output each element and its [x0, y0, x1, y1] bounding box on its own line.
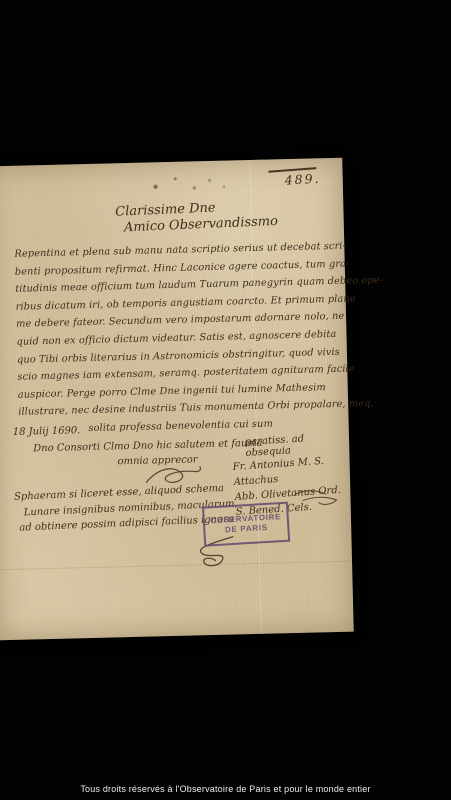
footer-caption: Tous droits réservés à l'Observatoire de…: [0, 784, 451, 794]
photograph-background: 489. Clarissime Dne Amico Observandissmo…: [0, 0, 451, 800]
salutation: Clarissime Dne Amico Observandissmo: [115, 198, 278, 237]
ink-smudge: [144, 168, 235, 200]
archive-stamp: OBSERVATOIRE DE PARIS: [202, 502, 290, 547]
letter-body: Repentina et plena sub manu nata scripti…: [14, 238, 343, 439]
manuscript-page: 489. Clarissime Dne Amico Observandissmo…: [0, 158, 354, 641]
stamp-line-2: DE PARIS: [225, 523, 268, 536]
folio-number: 489.: [284, 171, 321, 188]
paper-crease-horizontal: [0, 560, 352, 570]
closing-left: Dno Consorti Clmo Dno hic salutem et fau…: [33, 436, 263, 472]
date-line: 18 Julij 1690.: [13, 425, 81, 438]
